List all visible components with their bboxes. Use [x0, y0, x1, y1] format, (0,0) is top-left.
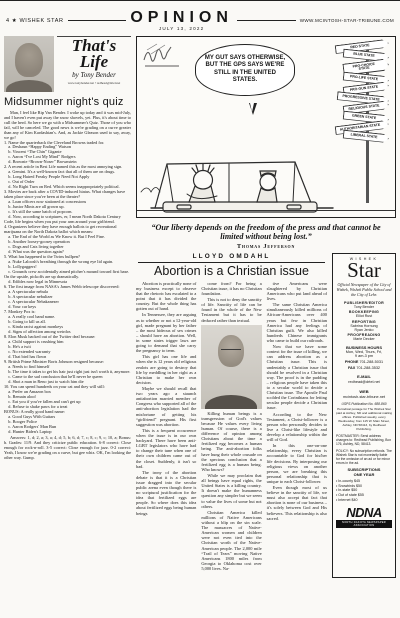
car-with-statue-of-liberty-drawing — [137, 112, 337, 217]
speech-bubble: MY GUT SAYS OTHERWISE, BUT THE GPS SAYS … — [195, 44, 295, 96]
email-label: E-MAIL — [336, 374, 392, 379]
fax-line: FAX 701-288-3532 — [336, 366, 392, 371]
column-title-line2: Life — [57, 54, 131, 70]
editorial-cartoon: MY GUT SAYS OTHERWISE, BUT THE GPS SAYS … — [136, 36, 396, 218]
lloyd-omdahl-photo — [201, 325, 261, 409]
subscription-rates-list: • In-county $45• Snowbirds $50• In-state… — [336, 479, 392, 503]
quiz-lines-list: 1. Name the quarterback the Cleveland Br… — [4, 140, 131, 434]
usps-line: USPS Publication No. 688-860 — [336, 402, 392, 406]
masthead-tagline: Official Newspaper of the City of Wishek… — [336, 283, 392, 297]
quote-text: “Our liberty depends on the freedom of t… — [140, 223, 392, 243]
omdahl-article: LLOYD OMDAHL Abortion is a Christian iss… — [136, 253, 327, 613]
author-contact-line: www.tonybender.net • redhead@drtel.net — [57, 81, 131, 85]
business-hours-line2: 9 am-3 pm — [336, 354, 392, 359]
article-column-1: Abortion is practically none of my busin… — [136, 281, 196, 579]
article-column-2-bottom: Killing human beings is a transgression … — [201, 411, 261, 571]
quiz-intro-paragraph: Man, I feel like Rip Van Bender. I woke … — [4, 110, 131, 140]
cartoonist-signature — [141, 40, 201, 70]
article-column-2-top: come from? For being a Christian issue, … — [201, 281, 261, 323]
phone-number: 701-288-5031 — [359, 360, 383, 364]
column-title-block: That's Life by Tony Bender www.tonybende… — [57, 36, 131, 92]
photo-shoulders-shape — [6, 80, 52, 92]
signpost-signs: RED STATEBLUE STATEPRO-CHOICE STATEPRO-L… — [317, 42, 389, 141]
section-title: OPINION — [130, 10, 233, 26]
email-address: redhead@drtel.net — [336, 380, 392, 385]
article-column-3: tive Americans were slaughtered by Chris… — [267, 281, 327, 579]
fax-number: 701-288-3532 — [356, 366, 380, 370]
header-rule-left — [68, 20, 127, 21]
website-url: WWW.MCINTOSH-STAR-TRIBUNE.COM — [300, 18, 394, 23]
photo-shoulders-shape — [205, 395, 257, 409]
press-freedom-quote: “Our liberty depends on the freedom of t… — [140, 223, 392, 251]
staff-name: Ryan Jenko — [336, 328, 392, 332]
phone-line: PHONE 701-288-5031 — [336, 360, 392, 365]
ndna-logo-banner: NORTH DAKOTA NEWSPAPER ASSOCIATION — [336, 520, 392, 528]
policy-note: POLICY: No subscription refunds. The Wis… — [336, 449, 392, 465]
byline-rule — [138, 262, 325, 263]
center-section: MY GUT SAYS OTHERWISE, BUT THE GPS SAYS … — [136, 36, 396, 614]
staff-name: Tony Bender — [336, 305, 392, 309]
page-number-label: 4 ★ WISHEK STAR — [6, 18, 64, 24]
page-content: That's Life by Tony Bender www.tonybende… — [4, 36, 396, 614]
quiz-headline: Midsummer night's quiz — [4, 96, 131, 108]
ndna-logo-text: NDNA — [336, 506, 392, 519]
postage-fine-print: Periodical postage for The Wishek Star p… — [336, 408, 392, 431]
section-masthead: OPINION JULY 13, 2022 — [130, 10, 233, 32]
article-columns: Abortion is practically none of my busin… — [136, 281, 327, 579]
quiz-answers-paragraph: Answers: 1, d; 2, a; 3, a; 4, d; 5, b; 6… — [4, 435, 131, 460]
staff-name: Elliot Rust — [336, 314, 392, 318]
article-byline: LLOYD OMDAHL — [136, 253, 327, 260]
header-rule-right — [237, 20, 296, 21]
star-masthead-box: WISHEK Star Official Newspaper of the Ci… — [332, 253, 396, 578]
cartoon-ground-line — [137, 210, 395, 211]
issue-date: JULY 13, 2022 — [130, 27, 233, 32]
staff-name: Marie Decker — [336, 337, 392, 341]
thats-life-column: That's Life by Tony Bender www.tonybende… — [4, 36, 131, 614]
quote-attribution: Thomas Jefferson — [140, 243, 392, 250]
thats-life-header: That's Life by Tony Bender www.tonybende… — [4, 36, 131, 92]
web-label: WEB — [336, 389, 392, 394]
web-address: mcintosh-star-tribune.net — [336, 395, 392, 400]
subscriptions-label-line2: ONE YEAR — [336, 473, 392, 478]
photo-head-shape — [15, 43, 43, 77]
photo-glasses-shape — [221, 349, 241, 355]
page-header: 4 ★ WISHEK STAR OPINION JULY 13, 2022 WW… — [6, 10, 394, 32]
state-signpost: RED STATEBLUE STATEPRO-CHOICE STATEPRO-L… — [317, 39, 389, 215]
lower-row: LLOYD OMDAHL Abortion is a Christian iss… — [136, 253, 396, 613]
phone-label: PHONE — [345, 360, 359, 364]
newspaper-opinion-page: 4 ★ WISHEK STAR OPINION JULY 13, 2022 WW… — [0, 0, 400, 618]
postmaster-note: POSTMASTER: Send address changes to: Red… — [336, 434, 392, 446]
column-byline: by Tony Bender — [57, 71, 131, 79]
tony-bender-photo — [4, 36, 54, 92]
article-column-2: come from? For being a Christian issue, … — [201, 281, 261, 579]
ndna-logo: NDNA NORTH DAKOTA NEWSPAPER ASSOCIATION — [336, 506, 392, 528]
masthead-star-logo: Star — [336, 261, 392, 281]
article-headline: Abortion is a Christian issue — [136, 264, 327, 278]
fax-label: FAX — [348, 366, 355, 370]
